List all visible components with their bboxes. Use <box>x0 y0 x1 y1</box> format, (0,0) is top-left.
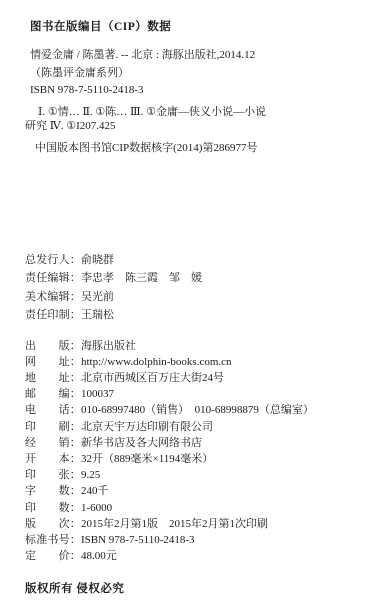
pub-row-word-count: 字 数：240千 <box>25 483 355 499</box>
publication-block: 出 版：海豚出版社 网 址：http://www.dolphin-books.c… <box>25 338 355 565</box>
staff-value: 俞晓群 <box>81 254 114 266</box>
staff-row-print-supervisor: 责任印制：王瑞松 <box>25 306 355 325</box>
pub-label: 出 版： <box>25 340 81 352</box>
copyright-notice: 版权所有 侵权必究 <box>25 580 355 596</box>
staff-label: 总发行人： <box>25 254 81 266</box>
staff-label: 责任印制： <box>25 309 81 321</box>
cip-entry-isbn-line: ISBN 978-7-5110-2418-3 <box>30 82 355 100</box>
cip-record-number: 中国版本图书馆CIP数据核字(2014)第286977号 <box>35 141 355 155</box>
pub-value: 2015年2月第1版 2015年2月第1次印刷 <box>81 518 268 530</box>
pub-value: 新华书店及各大网络书店 <box>81 437 202 449</box>
pub-label: 标准书号： <box>25 534 81 546</box>
pub-row-print-run: 印 数：1-6000 <box>25 500 355 516</box>
staff-label: 美术编辑： <box>25 291 81 303</box>
staff-row-publisher-general: 总发行人：俞晓群 <box>25 251 355 270</box>
cip-entry-series-line: （陈墨评金庸系列） <box>30 65 355 83</box>
pub-value: 海豚出版社 <box>81 340 136 352</box>
pub-label: 经 销： <box>25 437 81 449</box>
staff-value: 王瑞松 <box>81 309 114 321</box>
pub-label: 印 张： <box>25 469 81 481</box>
pub-label: 地 址： <box>25 372 81 384</box>
pub-value: 1-6000 <box>81 502 112 514</box>
pub-row-address: 地 址：北京市西城区百万庄大街24号 <box>25 370 355 386</box>
staff-label: 责任编辑： <box>25 272 81 284</box>
pub-row-edition: 版 次：2015年2月第1版 2015年2月第1次印刷 <box>25 516 355 532</box>
pub-label: 电 话： <box>25 404 81 416</box>
pub-row-telephone: 电 话：010-68997480（销售） 010-68998879（总编室） <box>25 402 355 418</box>
pub-value: 北京天宇万达印刷有限公司 <box>81 421 213 433</box>
pub-row-distributor: 经 销：新华书店及各大网络书店 <box>25 435 355 451</box>
pub-row-format: 开 本：32开（889毫米×1194毫米） <box>25 451 355 467</box>
cip-class-line-2: 研究 Ⅳ. ①I207.425 <box>25 119 355 133</box>
pub-value: 9.25 <box>81 469 100 481</box>
pub-row-website: 网 址：http://www.dolphin-books.com.cn <box>25 354 355 370</box>
pub-value: http://www.dolphin-books.com.cn <box>81 356 232 368</box>
cip-entry: 情爱金庸 / 陈墨著. -- 北京 : 海豚出版社,2014.12 （陈墨评金庸… <box>30 47 355 100</box>
cip-classification: Ⅰ. ①情… Ⅱ. ①陈… Ⅲ. ①金庸—侠义小说—小说 研究 Ⅳ. ①I207… <box>25 105 355 133</box>
pub-value: 100037 <box>81 388 114 400</box>
staff-value: 李忠孝 陈三霞 邹 媛 <box>81 272 202 284</box>
pub-label: 字 数： <box>25 485 81 497</box>
pub-label: 版 次： <box>25 518 81 530</box>
pub-row-postcode: 邮 编：100037 <box>25 386 355 402</box>
pub-value: 32开（889毫米×1194毫米） <box>81 453 213 465</box>
pub-value: ISBN 978-7-5110-2418-3 <box>81 534 195 546</box>
pub-value: 010-68997480（销售） 010-68998879（总编室） <box>81 404 314 416</box>
pub-label: 开 本： <box>25 453 81 465</box>
staff-row-responsible-editor: 责任编辑：李忠孝 陈三霞 邹 媛 <box>25 269 355 288</box>
pub-value: 240千 <box>81 485 109 497</box>
pub-value: 48.00元 <box>81 550 117 562</box>
copyright-page: 图书在版编目（CIP）数据 情爱金庸 / 陈墨著. -- 北京 : 海豚出版社,… <box>0 0 375 608</box>
pub-label: 网 址： <box>25 356 81 368</box>
pub-row-price: 定 价：48.00元 <box>25 548 355 564</box>
pub-label: 邮 编： <box>25 388 81 400</box>
staff-block: 总发行人：俞晓群 责任编辑：李忠孝 陈三霞 邹 媛 美术编辑：吴光前 责任印制：… <box>25 251 355 325</box>
cip-class-line-1: Ⅰ. ①情… Ⅱ. ①陈… Ⅲ. ①金庸—侠义小说—小说 <box>25 105 355 119</box>
staff-value: 吴光前 <box>81 291 114 303</box>
pub-row-sheets: 印 张：9.25 <box>25 467 355 483</box>
pub-label: 定 价： <box>25 550 81 562</box>
staff-row-art-editor: 美术编辑：吴光前 <box>25 288 355 307</box>
pub-label: 印 数： <box>25 502 81 514</box>
pub-row-publisher: 出 版：海豚出版社 <box>25 338 355 354</box>
cip-entry-title-line: 情爱金庸 / 陈墨著. -- 北京 : 海豚出版社,2014.12 <box>30 47 355 65</box>
cip-header: 图书在版编目（CIP）数据 <box>30 18 355 34</box>
pub-row-printer: 印 刷：北京天宇万达印刷有限公司 <box>25 419 355 435</box>
pub-row-isbn: 标准书号：ISBN 978-7-5110-2418-3 <box>25 532 355 548</box>
pub-label: 印 刷： <box>25 421 81 433</box>
pub-value: 北京市西城区百万庄大街24号 <box>81 372 224 384</box>
